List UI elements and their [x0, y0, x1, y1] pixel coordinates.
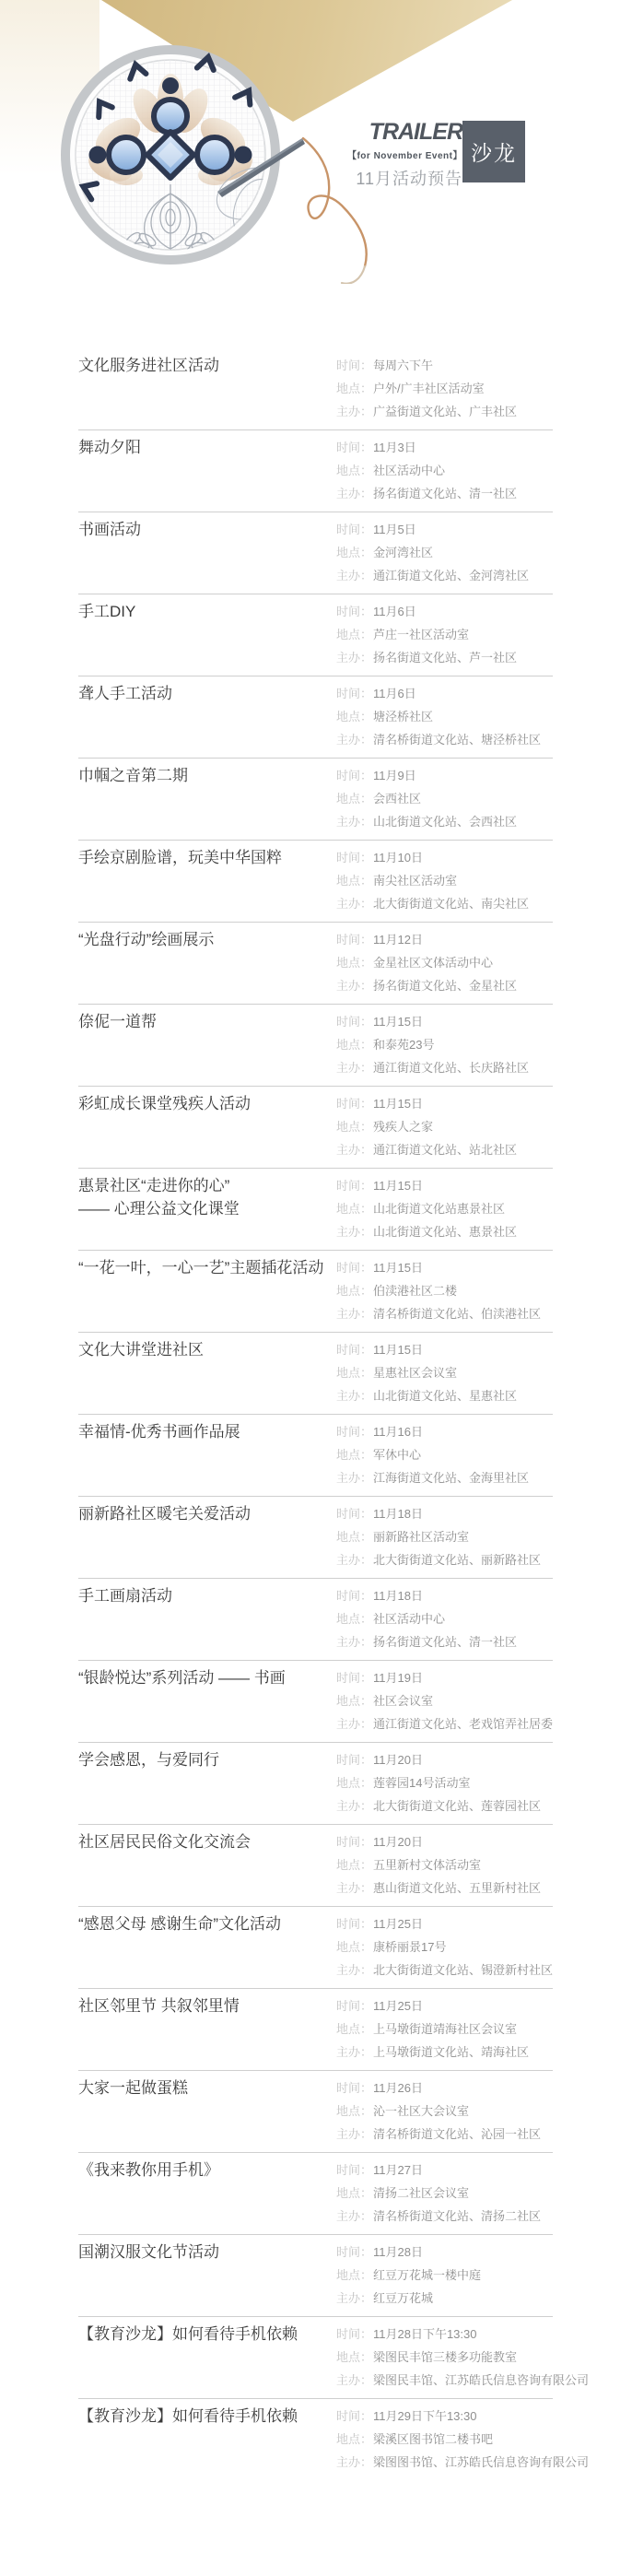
event-host-line: 主办： 红豆万花城 [336, 2287, 553, 2310]
event-row: 国潮汉服文化节活动 时间： 11月28日 地点： 红豆万花城一楼中庭 主办： 红… [78, 2234, 553, 2316]
event-details: 时间： 11月15日 地点： 星惠社区会议室 主办： 山北街道文化站、星惠社区 [336, 1338, 553, 1407]
event-host-line: 主办： 山北街道文化站、惠景社区 [336, 1220, 553, 1243]
event-title: 幸福情-优秀书画作品展 [78, 1420, 336, 1443]
time-value: 11月18日 [373, 1502, 423, 1525]
event-details: 时间： 11月15日 地点： 伯渎港社区二楼 主办： 清名桥街道文化站、伯渎港社… [336, 1256, 553, 1325]
place-value: 星惠社区会议室 [373, 1361, 457, 1384]
event-place-line: 地点： 梁溪区图书馆二楼书吧 [336, 2428, 589, 2451]
host-label: 主办： [336, 2041, 373, 2064]
event-row: 社区邻里节 共叙邻里情 时间： 11月25日 地点： 上马墩街道靖海社区会议室 … [78, 1988, 553, 2070]
event-title: 大家一起做蛋糕 [78, 2076, 336, 2100]
time-value: 11月15日 [373, 1256, 423, 1279]
host-label: 主办： [336, 1794, 373, 1817]
time-label: 时间： [336, 1092, 373, 1115]
event-place-line: 地点： 军休中心 [336, 1443, 553, 1466]
event-place-line: 地点： 社区活动中心 [336, 1607, 553, 1630]
event-details: 时间： 11月27日 地点： 清扬二社区会议室 主办： 清名桥街道文化站、清扬二… [336, 2158, 553, 2228]
place-label: 地点： [336, 459, 373, 482]
event-title-line2: —— 心理公益文化课堂 [78, 1197, 336, 1220]
place-value: 金河湾社区 [373, 541, 433, 564]
header-banner: TRAILER 【for November Event】 11月活动预告 沙龙 [0, 0, 632, 343]
place-value: 金星社区文体活动中心 [373, 951, 493, 974]
time-label: 时间： [336, 354, 373, 377]
event-title: “感恩父母 感谢生命”文化活动 [78, 1912, 336, 1935]
event-title-line1: 文化服务进社区活动 [78, 354, 336, 377]
event-details: 时间： 11月10日 地点： 南尖社区活动室 主办： 北大街街道文化站、南尖社区 [336, 846, 553, 915]
event-title-line1: 舞动夕阳 [78, 436, 336, 459]
time-label: 时间： [336, 1010, 373, 1033]
brand-block: TRAILER 【for November Event】 11月活动预告 [347, 120, 462, 190]
event-title-line1: 国潮汉服文化节活动 [78, 2241, 336, 2264]
event-host-line: 主办： 惠山街道文化站、五里新村社区 [336, 1876, 553, 1900]
host-value: 山北街道文化站、星惠社区 [373, 1384, 517, 1407]
place-value: 山北街道文化站惠景社区 [373, 1197, 505, 1220]
place-value: 伯渎港社区二楼 [373, 1279, 457, 1302]
event-row: 文化大讲堂进社区 时间： 11月15日 地点： 星惠社区会议室 主办： 山北街道… [78, 1332, 553, 1414]
host-value: 北大街街道文化站、丽新路社区 [373, 1548, 541, 1571]
event-title-line1: 书画活动 [78, 518, 336, 541]
place-label: 地点： [336, 2100, 373, 2123]
event-host-line: 主办： 北大街街道文化站、南尖社区 [336, 892, 553, 915]
event-title-line1: 聋人手工活动 [78, 682, 336, 705]
place-label: 地点： [336, 623, 373, 646]
brand-title: TRAILER [347, 120, 462, 144]
time-value: 11月6日 [373, 682, 416, 705]
time-label: 时间： [336, 2323, 373, 2346]
place-value: 社区活动中心 [373, 459, 445, 482]
host-label: 主办： [336, 1630, 373, 1653]
event-title-line1: “银龄悦达”系列活动 —— 书画 [78, 1666, 336, 1689]
event-details: 时间： 11月9日 地点： 会西社区 主办： 山北街道文化站、会西社区 [336, 764, 553, 833]
time-value: 11月25日 [373, 1912, 423, 1935]
event-list: 文化服务进社区活动 时间： 每周六下午 地点： 户外/广丰社区活动室 主办： 广… [78, 348, 553, 2552]
event-time-line: 时间： 11月10日 [336, 846, 553, 869]
event-title-line1: 彩虹成长课堂残疾人活动 [78, 1092, 336, 1115]
event-host-line: 主办： 北大街街道文化站、丽新路社区 [336, 1548, 553, 1571]
host-label: 主办： [336, 2287, 373, 2310]
host-label: 主办： [336, 2205, 373, 2228]
time-label: 时间： [336, 518, 373, 541]
event-title-line1: 幸福情-优秀书画作品展 [78, 1420, 336, 1443]
time-value: 11月9日 [373, 764, 416, 787]
event-row: 惠景社区“走进你的心” —— 心理公益文化课堂 时间： 11月15日 地点： 山… [78, 1168, 553, 1250]
time-label: 时间： [336, 1584, 373, 1607]
time-label: 时间： [336, 1174, 373, 1197]
event-place-line: 地点： 梁图民丰馆三楼多功能教室 [336, 2346, 589, 2369]
time-label: 时间： [336, 1256, 373, 1279]
place-value: 社区会议室 [373, 1689, 433, 1712]
event-title-line1: 手工画扇活动 [78, 1584, 336, 1607]
brand-subtitle-en: 【for November Event】 [347, 147, 462, 161]
time-value: 11月10日 [373, 846, 423, 869]
event-place-line: 地点： 红豆万花城一楼中庭 [336, 2264, 553, 2287]
event-time-line: 时间： 11月18日 [336, 1502, 553, 1525]
salon-badge: 沙龙 [462, 121, 525, 182]
event-host-line: 主办： 梁图民丰馆、江苏皓氏信息咨询有限公司 [336, 2369, 589, 2392]
host-value: 清名桥街道文化站、沁园一社区 [373, 2123, 541, 2146]
place-value: 梁溪区图书馆二楼书吧 [373, 2428, 493, 2451]
event-host-line: 主办： 广益街道文化站、广丰社区 [336, 400, 553, 423]
host-label: 主办： [336, 1466, 373, 1489]
event-place-line: 地点： 残疾人之家 [336, 1115, 553, 1138]
event-host-line: 主办： 扬名街道文化站、芦一社区 [336, 646, 553, 669]
event-row: 书画活动 时间： 11月5日 地点： 金河湾社区 主办： 通江街道文化站、金河湾… [78, 512, 553, 594]
time-value: 11月28日下午13:30 [373, 2323, 477, 2346]
host-value: 扬名街道文化站、清一社区 [373, 1630, 517, 1653]
event-title-line1: 巾帼之音第二期 [78, 764, 336, 787]
time-label: 时间： [336, 2076, 373, 2100]
host-label: 主办： [336, 2451, 373, 2474]
event-details: 时间： 11月16日 地点： 军休中心 主办： 江海街道文化站、金海里社区 [336, 1420, 553, 1489]
event-place-line: 地点： 清扬二社区会议室 [336, 2182, 553, 2205]
event-details: 时间： 11月5日 地点： 金河湾社区 主办： 通江街道文化站、金河湾社区 [336, 518, 553, 587]
time-value: 11月20日 [373, 1748, 423, 1771]
host-label: 主办： [336, 728, 373, 751]
event-details: 时间： 11月6日 地点： 塘泾桥社区 主办： 清名桥街道文化站、塘泾桥社区 [336, 682, 553, 751]
place-label: 地点： [336, 541, 373, 564]
event-title-line1: “感恩父母 感谢生命”文化活动 [78, 1912, 336, 1935]
event-place-line: 地点： 社区活动中心 [336, 459, 553, 482]
host-value: 北大街街道文化站、南尖社区 [373, 892, 529, 915]
event-title-line1: 手绘京剧脸谱，玩美中华国粹 [78, 846, 336, 869]
event-place-line: 地点： 和泰苑23号 [336, 1033, 553, 1056]
time-label: 时间： [336, 1748, 373, 1771]
event-details: 时间： 11月15日 地点： 和泰苑23号 主办： 通江街道文化站、长庆路社区 [336, 1010, 553, 1079]
time-value: 11月28日 [373, 2241, 423, 2264]
event-host-line: 主办： 通江街道文化站、站北社区 [336, 1138, 553, 1161]
place-label: 地点： [336, 2182, 373, 2205]
event-title-line1: 大家一起做蛋糕 [78, 2076, 336, 2100]
event-host-line: 主办： 北大街街道文化站、莲蓉园社区 [336, 1794, 553, 1817]
time-value: 11月12日 [373, 928, 423, 951]
time-value: 11月15日 [373, 1338, 423, 1361]
place-label: 地点： [336, 1115, 373, 1138]
event-time-line: 时间： 11月29日下午13:30 [336, 2405, 589, 2428]
place-label: 地点： [336, 1033, 373, 1056]
host-label: 主办： [336, 646, 373, 669]
host-value: 北大街街道文化站、莲蓉园社区 [373, 1794, 541, 1817]
place-label: 地点： [336, 1771, 373, 1794]
place-label: 地点： [336, 2428, 373, 2451]
event-title: 【教育沙龙】如何看待手机依赖 [78, 2405, 336, 2428]
event-time-line: 时间： 11月28日 [336, 2241, 553, 2264]
time-label: 时间： [336, 2158, 373, 2182]
event-title-line1: 【教育沙龙】如何看待手机依赖 [78, 2323, 336, 2346]
place-value: 上马墩街道靖海社区会议室 [373, 2017, 517, 2041]
event-time-line: 时间： 11月19日 [336, 1666, 553, 1689]
time-label: 时间： [336, 928, 373, 951]
host-value: 清名桥街道文化站、伯渎港社区 [373, 1302, 541, 1325]
host-label: 主办： [336, 1384, 373, 1407]
event-place-line: 地点： 塘泾桥社区 [336, 705, 553, 728]
event-host-line: 主办： 上马墩街道文化站、靖海社区 [336, 2041, 553, 2064]
time-value: 11月16日 [373, 1420, 423, 1443]
event-place-line: 地点： 沁一社区大会议室 [336, 2100, 553, 2123]
event-title: 文化服务进社区活动 [78, 354, 336, 377]
host-value: 清名桥街道文化站、清扬二社区 [373, 2205, 541, 2228]
event-row: 手工DIY 时间： 11月6日 地点： 芦庄一社区活动室 主办： 扬名街道文化站… [78, 594, 553, 676]
host-value: 扬名街道文化站、金星社区 [373, 974, 517, 997]
event-title: “一花一叶，一心一艺”主题插花活动 [78, 1256, 336, 1279]
event-title-line1: “光盘行动”绘画展示 [78, 928, 336, 951]
event-time-line: 时间： 11月28日下午13:30 [336, 2323, 589, 2346]
event-title-line1: 学会感恩，与爱同行 [78, 1748, 336, 1771]
event-host-line: 主办： 通江街道文化站、金河湾社区 [336, 564, 553, 587]
place-label: 地点： [336, 2346, 373, 2369]
place-value: 南尖社区活动室 [373, 869, 457, 892]
host-label: 主办： [336, 564, 373, 587]
event-details: 时间： 11月20日 地点： 五里新村文体活动室 主办： 惠山街道文化站、五里新… [336, 1830, 553, 1900]
host-label: 主办： [336, 1138, 373, 1161]
time-label: 时间： [336, 1502, 373, 1525]
time-value: 11月27日 [373, 2158, 423, 2182]
time-label: 时间： [336, 1830, 373, 1853]
event-time-line: 时间： 11月15日 [336, 1092, 553, 1115]
time-value: 11月15日 [373, 1092, 423, 1115]
event-place-line: 地点： 莲蓉园14号活动室 [336, 1771, 553, 1794]
place-value: 芦庄一社区活动室 [373, 623, 469, 646]
event-title-line1: 【教育沙龙】如何看待手机依赖 [78, 2405, 336, 2428]
event-preview-poster: TRAILER 【for November Event】 11月活动预告 沙龙 … [0, 0, 632, 2576]
time-label: 时间： [336, 1994, 373, 2017]
host-label: 主办： [336, 1712, 373, 1735]
event-time-line: 时间： 11月5日 [336, 518, 553, 541]
host-label: 主办： [336, 482, 373, 505]
time-label: 时间： [336, 2405, 373, 2428]
host-label: 主办： [336, 892, 373, 915]
time-value: 11月15日 [373, 1174, 423, 1197]
event-details: 时间： 11月29日下午13:30 地点： 梁溪区图书馆二楼书吧 主办： 梁图图… [336, 2405, 589, 2474]
place-label: 地点： [336, 1525, 373, 1548]
event-place-line: 地点： 山北街道文化站惠景社区 [336, 1197, 553, 1220]
event-title: 手工画扇活动 [78, 1584, 336, 1607]
place-value: 军休中心 [373, 1443, 421, 1466]
event-title: 惠景社区“走进你的心” —— 心理公益文化课堂 [78, 1174, 336, 1220]
event-title-line1: 文化大讲堂进社区 [78, 1338, 336, 1361]
event-title: 手工DIY [78, 600, 336, 623]
event-time-line: 时间： 11月6日 [336, 600, 553, 623]
event-details: 时间： 11月18日 地点： 社区活动中心 主办： 扬名街道文化站、清一社区 [336, 1584, 553, 1653]
host-label: 主办： [336, 1958, 373, 1982]
event-title-line1: 惠景社区“走进你的心” [78, 1174, 336, 1197]
event-row: 《我来教你用手机》 时间： 11月27日 地点： 清扬二社区会议室 主办： 清名… [78, 2152, 553, 2234]
event-row: 倷伲一道帮 时间： 11月15日 地点： 和泰苑23号 主办： 通江街道文化站、… [78, 1004, 553, 1086]
event-time-line: 时间： 11月9日 [336, 764, 553, 787]
event-host-line: 主办： 通江街道文化站、长庆路社区 [336, 1056, 553, 1079]
event-time-line: 时间： 11月15日 [336, 1010, 553, 1033]
event-host-line: 主办： 清名桥街道文化站、沁园一社区 [336, 2123, 553, 2146]
event-time-line: 时间： 11月3日 [336, 436, 553, 459]
time-label: 时间： [336, 1338, 373, 1361]
place-value: 塘泾桥社区 [373, 705, 433, 728]
event-title: “光盘行动”绘画展示 [78, 928, 336, 951]
event-row: 幸福情-优秀书画作品展 时间： 11月16日 地点： 军休中心 主办： 江海街道… [78, 1414, 553, 1496]
event-details: 时间： 11月25日 地点： 康桥丽景17号 主办： 北大街街道文化站、锡澄新村… [336, 1912, 553, 1982]
event-details: 时间： 11月20日 地点： 莲蓉园14号活动室 主办： 北大街街道文化站、莲蓉… [336, 1748, 553, 1817]
place-label: 地点： [336, 787, 373, 810]
place-label: 地点： [336, 951, 373, 974]
host-label: 主办： [336, 1220, 373, 1243]
place-value: 红豆万花城一楼中庭 [373, 2264, 481, 2287]
event-host-line: 主办： 山北街道文化站、星惠社区 [336, 1384, 553, 1407]
event-time-line: 时间： 11月20日 [336, 1748, 553, 1771]
time-label: 时间： [336, 600, 373, 623]
host-value: 通江街道文化站、长庆路社区 [373, 1056, 529, 1079]
host-label: 主办： [336, 2123, 373, 2146]
event-place-line: 地点： 芦庄一社区活动室 [336, 623, 553, 646]
event-place-line: 地点： 社区会议室 [336, 1689, 553, 1712]
host-value: 江海街道文化站、金海里社区 [373, 1466, 529, 1489]
place-label: 地点： [336, 1197, 373, 1220]
host-value: 梁图图书馆、江苏皓氏信息咨询有限公司 [373, 2451, 589, 2474]
event-row: “感恩父母 感谢生命”文化活动 时间： 11月25日 地点： 康桥丽景17号 主… [78, 1906, 553, 1988]
event-place-line: 地点： 会西社区 [336, 787, 553, 810]
event-row: 彩虹成长课堂残疾人活动 时间： 11月15日 地点： 残疾人之家 主办： 通江街… [78, 1086, 553, 1168]
event-place-line: 地点： 星惠社区会议室 [336, 1361, 553, 1384]
event-host-line: 主办： 通江街道文化站、老戏馆弄社居委 [336, 1712, 553, 1735]
place-value: 梁图民丰馆三楼多功能教室 [373, 2346, 517, 2369]
time-value: 11月6日 [373, 600, 416, 623]
place-value: 会西社区 [373, 787, 421, 810]
event-row: 舞动夕阳 时间： 11月3日 地点： 社区活动中心 主办： 扬名街道文化站、清一… [78, 429, 553, 512]
event-time-line: 时间： 11月12日 [336, 928, 553, 951]
event-details: 时间： 11月15日 地点： 残疾人之家 主办： 通江街道文化站、站北社区 [336, 1092, 553, 1161]
place-label: 地点： [336, 2017, 373, 2041]
event-host-line: 主办： 扬名街道文化站、清一社区 [336, 1630, 553, 1653]
embroidery-hoop-illustration [37, 35, 387, 284]
event-row: 丽新路社区暖宅关爱活动 时间： 11月18日 地点： 丽新路社区活动室 主办： … [78, 1496, 553, 1578]
event-row: 社区居民民俗文化交流会 时间： 11月20日 地点： 五里新村文体活动室 主办：… [78, 1824, 553, 1906]
time-label: 时间： [336, 1420, 373, 1443]
event-title: 倷伲一道帮 [78, 1010, 336, 1033]
time-value: 11月18日 [373, 1584, 423, 1607]
event-title: 【教育沙龙】如何看待手机依赖 [78, 2323, 336, 2346]
event-host-line: 主办： 江海街道文化站、金海里社区 [336, 1466, 553, 1489]
event-title: 舞动夕阳 [78, 436, 336, 459]
place-value: 沁一社区大会议室 [373, 2100, 469, 2123]
event-row: 聋人手工活动 时间： 11月6日 地点： 塘泾桥社区 主办： 清名桥街道文化站、… [78, 676, 553, 758]
event-row: 学会感恩，与爱同行 时间： 11月20日 地点： 莲蓉园14号活动室 主办： 北… [78, 1742, 553, 1824]
host-label: 主办： [336, 1548, 373, 1571]
event-title: 《我来教你用手机》 [78, 2158, 336, 2182]
host-label: 主办： [336, 2369, 373, 2392]
place-label: 地点： [336, 1361, 373, 1384]
event-place-line: 地点： 金星社区文体活动中心 [336, 951, 553, 974]
brand-subtitle-cn: 11月活动预告 [347, 166, 462, 190]
event-time-line: 时间： 11月25日 [336, 1994, 553, 2017]
host-value: 梁图民丰馆、江苏皓氏信息咨询有限公司 [373, 2369, 589, 2392]
event-title: 社区邻里节 共叙邻里情 [78, 1994, 336, 2017]
place-label: 地点： [336, 1443, 373, 1466]
event-host-line: 主办： 山北街道文化站、会西社区 [336, 810, 553, 833]
event-title-line1: 《我来教你用手机》 [78, 2158, 336, 2182]
event-place-line: 地点： 户外/广丰社区活动室 [336, 377, 553, 400]
event-title: 书画活动 [78, 518, 336, 541]
place-label: 地点： [336, 1935, 373, 1958]
event-title: 国潮汉服文化节活动 [78, 2241, 336, 2264]
event-time-line: 时间： 11月27日 [336, 2158, 553, 2182]
event-row: “光盘行动”绘画展示 时间： 11月12日 地点： 金星社区文体活动中心 主办：… [78, 922, 553, 1004]
host-value: 山北街道文化站、会西社区 [373, 810, 517, 833]
event-row: 文化服务进社区活动 时间： 每周六下午 地点： 户外/广丰社区活动室 主办： 广… [78, 348, 553, 429]
event-row: “一花一叶，一心一艺”主题插花活动 时间： 11月15日 地点： 伯渎港社区二楼… [78, 1250, 553, 1332]
event-details: 时间： 11月28日下午13:30 地点： 梁图民丰馆三楼多功能教室 主办： 梁… [336, 2323, 589, 2392]
time-label: 时间： [336, 2241, 373, 2264]
host-value: 上马墩街道文化站、靖海社区 [373, 2041, 529, 2064]
place-value: 社区活动中心 [373, 1607, 445, 1630]
event-details: 时间： 11月19日 地点： 社区会议室 主办： 通江街道文化站、老戏馆弄社居委 [336, 1666, 553, 1735]
event-title-line1: “一花一叶，一心一艺”主题插花活动 [78, 1256, 336, 1279]
host-value: 北大街街道文化站、锡澄新村社区 [373, 1958, 553, 1982]
event-details: 时间： 11月26日 地点： 沁一社区大会议室 主办： 清名桥街道文化站、沁园一… [336, 2076, 553, 2146]
time-value: 11月5日 [373, 518, 416, 541]
event-details: 时间： 11月15日 地点： 山北街道文化站惠景社区 主办： 山北街道文化站、惠… [336, 1174, 553, 1243]
host-label: 主办： [336, 810, 373, 833]
event-title: 手绘京剧脸谱，玩美中华国粹 [78, 846, 336, 869]
event-host-line: 主办： 清名桥街道文化站、清扬二社区 [336, 2205, 553, 2228]
host-value: 通江街道文化站、金河湾社区 [373, 564, 529, 587]
host-value: 扬名街道文化站、清一社区 [373, 482, 517, 505]
event-details: 时间： 11月18日 地点： 丽新路社区活动室 主办： 北大街街道文化站、丽新路… [336, 1502, 553, 1571]
event-time-line: 时间： 每周六下午 [336, 354, 553, 377]
event-row: 大家一起做蛋糕 时间： 11月26日 地点： 沁一社区大会议室 主办： 清名桥街… [78, 2070, 553, 2152]
host-value: 清名桥街道文化站、塘泾桥社区 [373, 728, 541, 751]
place-label: 地点： [336, 2264, 373, 2287]
place-label: 地点： [336, 869, 373, 892]
time-value: 11月29日下午13:30 [373, 2405, 477, 2428]
event-place-line: 地点： 南尖社区活动室 [336, 869, 553, 892]
host-label: 主办： [336, 400, 373, 423]
event-title-line1: 丽新路社区暖宅关爱活动 [78, 1502, 336, 1525]
event-row: 【教育沙龙】如何看待手机依赖 时间： 11月29日下午13:30 地点： 梁溪区… [78, 2398, 553, 2480]
event-title: 学会感恩，与爱同行 [78, 1748, 336, 1771]
event-host-line: 主办： 梁图图书馆、江苏皓氏信息咨询有限公司 [336, 2451, 589, 2474]
event-details: 时间： 11月25日 地点： 上马墩街道靖海社区会议室 主办： 上马墩街道文化站… [336, 1994, 553, 2064]
place-label: 地点： [336, 377, 373, 400]
place-value: 五里新村文体活动室 [373, 1853, 481, 1876]
event-row: 手绘京剧脸谱，玩美中华国粹 时间： 11月10日 地点： 南尖社区活动室 主办：… [78, 840, 553, 922]
time-label: 时间： [336, 1912, 373, 1935]
event-time-line: 时间： 11月25日 [336, 1912, 553, 1935]
event-details: 时间： 11月28日 地点： 红豆万花城一楼中庭 主办： 红豆万花城 [336, 2241, 553, 2310]
event-place-line: 地点： 五里新村文体活动室 [336, 1853, 553, 1876]
host-value: 惠山街道文化站、五里新村社区 [373, 1876, 541, 1900]
time-label: 时间： [336, 1666, 373, 1689]
place-value: 康桥丽景17号 [373, 1935, 446, 1958]
event-title-line1: 社区居民民俗文化交流会 [78, 1830, 336, 1853]
event-time-line: 时间： 11月16日 [336, 1420, 553, 1443]
event-place-line: 地点： 上马墩街道靖海社区会议室 [336, 2017, 553, 2041]
event-title: 聋人手工活动 [78, 682, 336, 705]
host-value: 广益街道文化站、广丰社区 [373, 400, 517, 423]
event-host-line: 主办： 清名桥街道文化站、伯渎港社区 [336, 1302, 553, 1325]
event-title: 彩虹成长课堂残疾人活动 [78, 1092, 336, 1115]
time-label: 时间： [336, 682, 373, 705]
event-row: 【教育沙龙】如何看待手机依赖 时间： 11月28日下午13:30 地点： 梁图民… [78, 2316, 553, 2398]
time-value: 11月25日 [373, 1994, 423, 2017]
host-label: 主办： [336, 974, 373, 997]
event-host-line: 主办： 清名桥街道文化站、塘泾桥社区 [336, 728, 553, 751]
place-label: 地点： [336, 1853, 373, 1876]
event-time-line: 时间： 11月15日 [336, 1256, 553, 1279]
place-label: 地点： [336, 1689, 373, 1712]
event-time-line: 时间： 11月15日 [336, 1338, 553, 1361]
host-value: 扬名街道文化站、芦一社区 [373, 646, 517, 669]
event-time-line: 时间： 11月18日 [336, 1584, 553, 1607]
place-label: 地点： [336, 1279, 373, 1302]
place-value: 残疾人之家 [373, 1115, 433, 1138]
event-title: 巾帼之音第二期 [78, 764, 336, 787]
